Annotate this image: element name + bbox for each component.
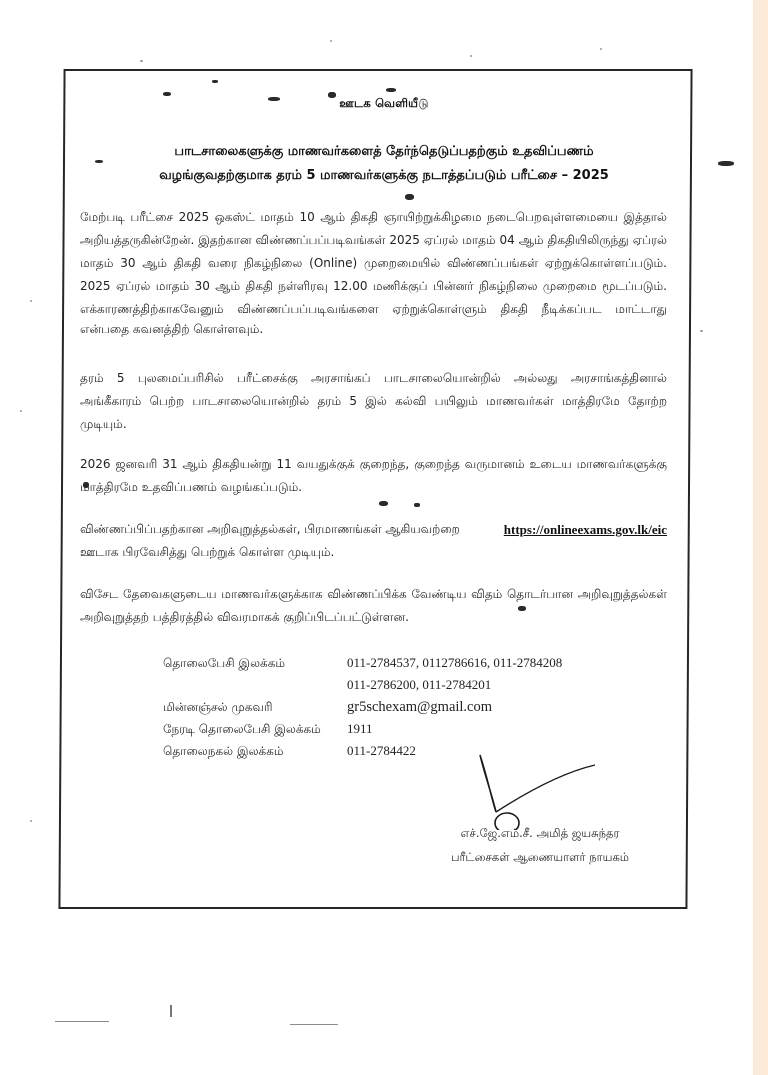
instructions-url-link[interactable]: https://onlineexams.gov.lk/eic (504, 518, 667, 541)
paragraph-instructions-link: விண்ணப்பிப்பதற்கான அறிவுறுத்தல்கள், பிரம… (80, 518, 667, 564)
signature-icon (470, 750, 630, 830)
email-address[interactable]: gr5schexam@gmail.com (347, 696, 492, 718)
title-line-1: பாடசாலைகளுக்கு மாணவர்களைத் தேர்ந்தெடுப்ப… (0, 144, 768, 160)
page-edge-strip (753, 0, 768, 1075)
paragraph-scholarship-criteria: 2026 ஜனவரி 31 ஆம் திகதியன்று 11 வயதுக்கு… (80, 453, 667, 499)
signatory-title: பரீட்சைகள் ஆணையாளர் நாயகம் (410, 850, 670, 866)
title-line-2: வழங்குவதற்குமாக தரம் 5 மாணவர்களுக்கு நடா… (0, 168, 768, 184)
paragraph-special-needs: விசேட தேவைகளுடைய மாணவர்களுக்காக விண்ணப்ப… (80, 583, 667, 629)
signatory-name: எச்.ஜே.எம்.சீ. அமித் ஜயசுந்தர (410, 826, 670, 842)
press-release-heading: ஊடக வெளியீடு (0, 96, 768, 112)
paragraph-eligibility: தரம் 5 புலமைப்பரிசில் பரீட்சைக்கு அரசாங்… (80, 367, 667, 436)
paragraph-exam-date: மேற்படி பரீட்சை 2025 ஒகஸ்ட் மாதம் 10 ஆம்… (80, 206, 667, 337)
